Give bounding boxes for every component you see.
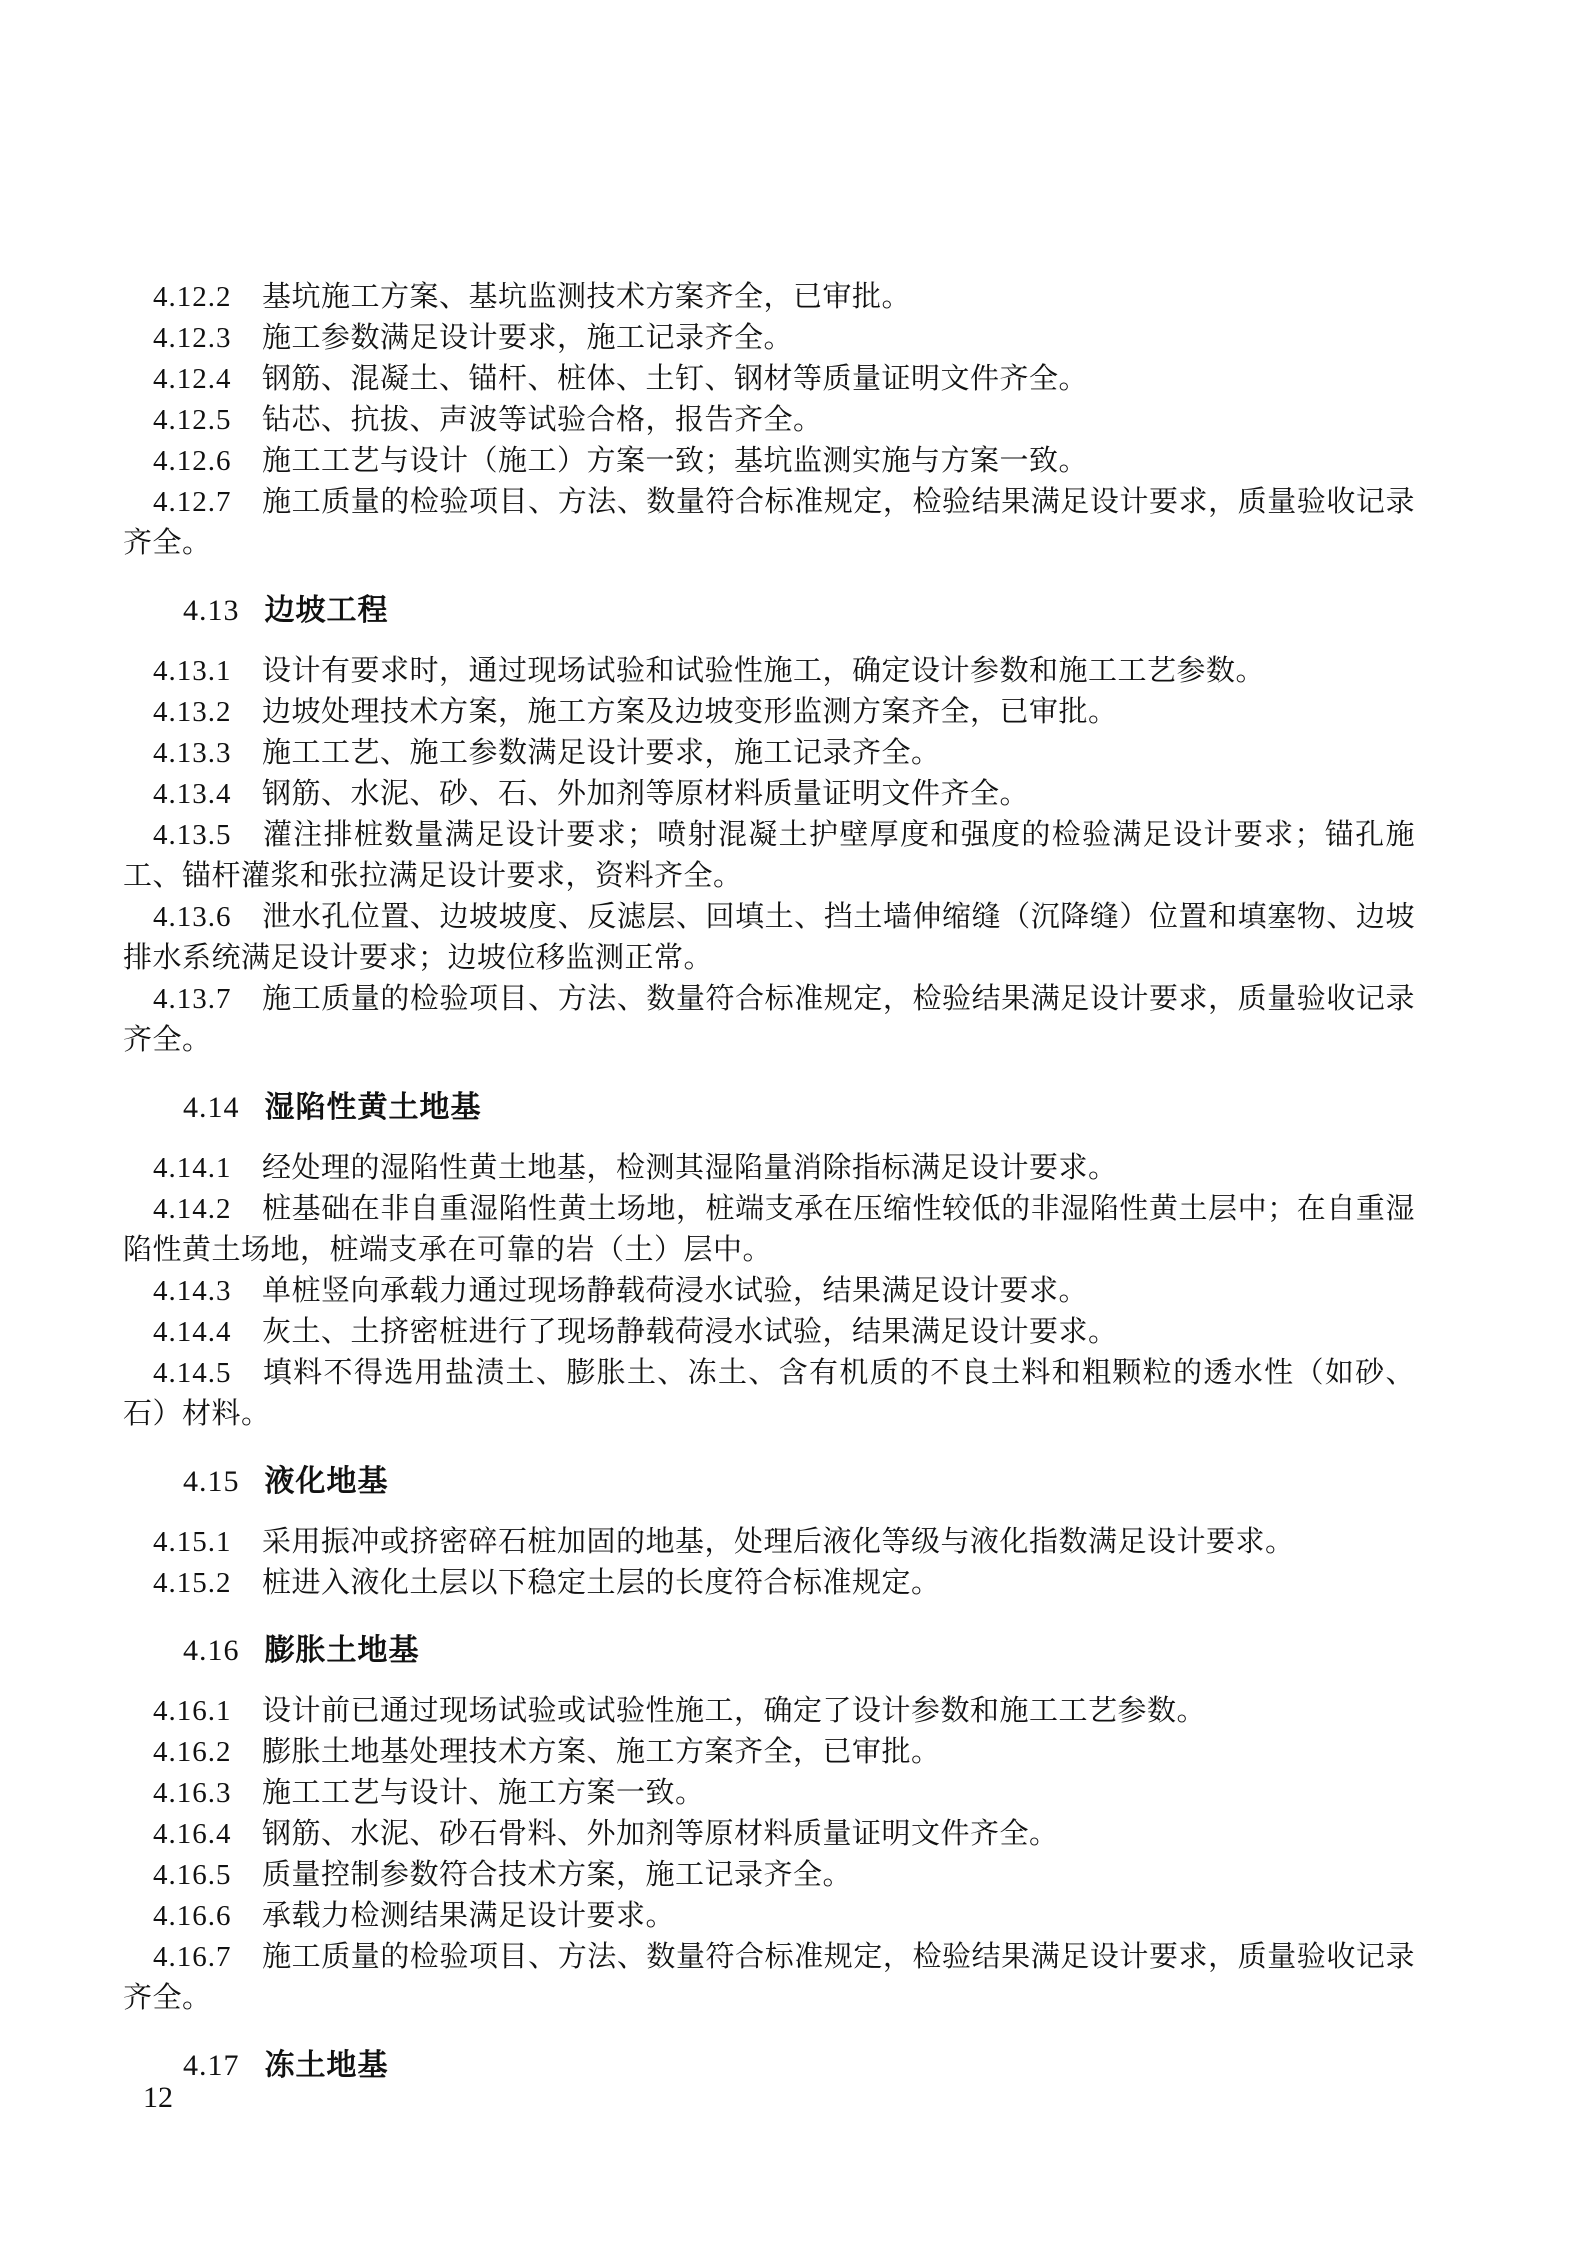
section-4-13: 4.13边坡工程 4.13.1设计有要求时，通过现场试验和试验性施工，确定设计参… (123, 590, 1415, 1061)
clause: 4.16.4钢筋、水泥、砂石骨料、外加剂等原材料质量证明文件齐全。 (123, 1814, 1415, 1855)
clause: 4.16.6承载力检测结果满足设计要求。 (123, 1896, 1415, 1937)
clause: 4.12.2基坑施工方案、基坑监测技术方案齐全，已审批。 (123, 277, 1415, 318)
clause-text: 灌注排桩数量满足设计要求；喷射混凝土护壁厚度和强度的检验满足设计要求；锚孔施工、… (123, 819, 1415, 892)
clause-number: 4.12.6 (153, 441, 234, 482)
clause: 4.14.2桩基础在非自重湿陷性黄土场地，桩端支承在压缩性较低的非湿陷性黄土层中… (123, 1189, 1415, 1271)
clause: 4.14.4灰土、土挤密桩进行了现场静载荷浸水试验，结果满足设计要求。 (123, 1312, 1415, 1353)
clause-number: 4.12.2 (153, 277, 234, 318)
section-title: 膨胀土地基 (265, 1634, 420, 1667)
clause-number: 4.15.2 (153, 1563, 234, 1604)
clause-text: 施工工艺、施工参数满足设计要求，施工记录齐全。 (262, 737, 941, 769)
clause: 4.12.7施工质量的检验项目、方法、数量符合标准规定，检验结果满足设计要求，质… (123, 482, 1415, 564)
section-4-12: 4.12.2基坑施工方案、基坑监测技术方案齐全，已审批。 4.12.3施工参数满… (123, 277, 1415, 564)
clause-number: 4.12.3 (153, 318, 234, 359)
clause-text: 钻芯、抗拔、声波等试验合格，报告齐全。 (262, 404, 823, 436)
clause: 4.14.3单桩竖向承载力通过现场静载荷浸水试验，结果满足设计要求。 (123, 1271, 1415, 1312)
clause-number: 4.14.2 (153, 1189, 234, 1230)
clause-number: 4.16.4 (153, 1814, 234, 1855)
clause-number: 4.14.4 (153, 1312, 234, 1353)
clause-number: 4.16.1 (153, 1691, 234, 1732)
section-heading: 4.14湿陷性黄土地基 (123, 1087, 1415, 1128)
clause: 4.14.1经处理的湿陷性黄土地基，检测其湿陷量消除指标满足设计要求。 (123, 1148, 1415, 1189)
document-body: 4.12.2基坑施工方案、基坑监测技术方案齐全，已审批。 4.12.3施工参数满… (123, 277, 1415, 2106)
clause-number: 4.13.7 (153, 979, 234, 1020)
clause-number: 4.13.4 (153, 774, 234, 815)
clause: 4.15.1采用振冲或挤密碎石桩加固的地基，处理后液化等级与液化指数满足设计要求… (123, 1522, 1415, 1563)
clause-text: 膨胀土地基处理技术方案、施工方案齐全，已审批。 (262, 1736, 941, 1768)
section-heading: 4.15液化地基 (123, 1461, 1415, 1502)
section-number: 4.16 (153, 1630, 240, 1671)
clause-number: 4.13.1 (153, 651, 234, 692)
clause: 4.16.5质量控制参数符合技术方案，施工记录齐全。 (123, 1855, 1415, 1896)
clause: 4.13.6泄水孔位置、边坡坡度、反滤层、回填土、挡土墙伸缩缝（沉降缝）位置和填… (123, 897, 1415, 979)
clause-text: 单桩竖向承载力通过现场静载荷浸水试验，结果满足设计要求。 (262, 1275, 1088, 1307)
clause: 4.13.1设计有要求时，通过现场试验和试验性施工，确定设计参数和施工工艺参数。 (123, 651, 1415, 692)
clause-text: 施工工艺与设计（施工）方案一致；基坑监测实施与方案一致。 (262, 445, 1088, 477)
clause-number: 4.14.1 (153, 1148, 234, 1189)
clause-text: 桩基础在非自重湿陷性黄土场地，桩端支承在压缩性较低的非湿陷性黄土层中；在自重湿陷… (123, 1193, 1415, 1266)
section-heading: 4.16膨胀土地基 (123, 1630, 1415, 1671)
clause: 4.12.3施工参数满足设计要求，施工记录齐全。 (123, 318, 1415, 359)
clause-number: 4.13.2 (153, 692, 234, 733)
clause-number: 4.12.7 (153, 482, 234, 523)
clause: 4.16.3施工工艺与设计、施工方案一致。 (123, 1773, 1415, 1814)
clause-number: 4.14.5 (153, 1353, 234, 1394)
clause-text: 泄水孔位置、边坡坡度、反滤层、回填土、挡土墙伸缩缝（沉降缝）位置和填塞物、边坡排… (123, 901, 1415, 974)
clause: 4.13.5灌注排桩数量满足设计要求；喷射混凝土护壁厚度和强度的检验满足设计要求… (123, 815, 1415, 897)
section-title: 边坡工程 (265, 594, 389, 627)
clause: 4.16.2膨胀土地基处理技术方案、施工方案齐全，已审批。 (123, 1732, 1415, 1773)
section-number: 4.13 (153, 590, 240, 631)
section-4-14: 4.14湿陷性黄土地基 4.14.1经处理的湿陷性黄土地基，检测其湿陷量消除指标… (123, 1087, 1415, 1435)
section-title: 湿陷性黄土地基 (265, 1091, 482, 1124)
clause-number: 4.13.6 (153, 897, 234, 938)
clause: 4.12.4钢筋、混凝土、锚杆、桩体、土钉、钢材等质量证明文件齐全。 (123, 359, 1415, 400)
section-4-16: 4.16膨胀土地基 4.16.1设计前已通过现场试验或试验性施工，确定了设计参数… (123, 1630, 1415, 2019)
section-title: 冻土地基 (265, 2049, 389, 2082)
clause: 4.15.2桩进入液化土层以下稳定土层的长度符合标准规定。 (123, 1563, 1415, 1604)
clause-text: 承载力检测结果满足设计要求。 (262, 1900, 675, 1932)
clause-text: 钢筋、水泥、砂石骨料、外加剂等原材料质量证明文件齐全。 (262, 1818, 1059, 1850)
clause-text: 施工参数满足设计要求，施工记录齐全。 (262, 322, 793, 354)
clause-text: 基坑施工方案、基坑监测技术方案齐全，已审批。 (262, 281, 911, 313)
clause-text: 桩进入液化土层以下稳定土层的长度符合标准规定。 (262, 1567, 941, 1599)
section-number: 4.17 (153, 2045, 240, 2086)
clause-text: 施工质量的检验项目、方法、数量符合标准规定，检验结果满足设计要求，质量验收记录齐… (123, 983, 1415, 1056)
section-4-15: 4.15液化地基 4.15.1采用振冲或挤密碎石桩加固的地基，处理后液化等级与液… (123, 1461, 1415, 1604)
clause-text: 采用振冲或挤密碎石桩加固的地基，处理后液化等级与液化指数满足设计要求。 (262, 1526, 1295, 1558)
clause: 4.12.6施工工艺与设计（施工）方案一致；基坑监测实施与方案一致。 (123, 441, 1415, 482)
clause: 4.12.5钻芯、抗拔、声波等试验合格，报告齐全。 (123, 400, 1415, 441)
clause-number: 4.15.1 (153, 1522, 234, 1563)
clause: 4.13.7施工质量的检验项目、方法、数量符合标准规定，检验结果满足设计要求，质… (123, 979, 1415, 1061)
section-number: 4.14 (153, 1087, 240, 1128)
clause-text: 施工质量的检验项目、方法、数量符合标准规定，检验结果满足设计要求，质量验收记录齐… (123, 486, 1415, 559)
clause-number: 4.13.5 (153, 815, 234, 856)
clause-text: 边坡处理技术方案，施工方案及边坡变形监测方案齐全，已审批。 (262, 696, 1118, 728)
clause-number: 4.12.5 (153, 400, 234, 441)
clause-text: 施工工艺与设计、施工方案一致。 (262, 1777, 705, 1809)
section-title: 液化地基 (265, 1465, 389, 1498)
section-heading: 4.17冻土地基 (123, 2045, 1415, 2086)
clause: 4.13.2边坡处理技术方案，施工方案及边坡变形监测方案齐全，已审批。 (123, 692, 1415, 733)
clause-text: 钢筋、水泥、砂、石、外加剂等原材料质量证明文件齐全。 (262, 778, 1029, 810)
clause-text: 设计前已通过现场试验或试验性施工，确定了设计参数和施工工艺参数。 (262, 1695, 1206, 1727)
clause: 4.13.4钢筋、水泥、砂、石、外加剂等原材料质量证明文件齐全。 (123, 774, 1415, 815)
section-4-17: 4.17冻土地基 (123, 2045, 1415, 2086)
clause-number: 4.16.2 (153, 1732, 234, 1773)
clause-number: 4.16.3 (153, 1773, 234, 1814)
clause-text: 填料不得选用盐渍土、膨胀土、冻土、含有机质的不良土料和粗颗粒的透水性（如砂、石）… (123, 1357, 1415, 1430)
clause: 4.13.3施工工艺、施工参数满足设计要求，施工记录齐全。 (123, 733, 1415, 774)
page-number: 12 (143, 2081, 173, 2115)
clause: 4.16.7施工质量的检验项目、方法、数量符合标准规定，检验结果满足设计要求，质… (123, 1937, 1415, 2019)
section-heading: 4.13边坡工程 (123, 590, 1415, 631)
section-number: 4.15 (153, 1461, 240, 1502)
clause-text: 灰土、土挤密桩进行了现场静载荷浸水试验，结果满足设计要求。 (262, 1316, 1118, 1348)
clause-number: 4.16.5 (153, 1855, 234, 1896)
clause-number: 4.14.3 (153, 1271, 234, 1312)
clause-number: 4.13.3 (153, 733, 234, 774)
clause: 4.14.5填料不得选用盐渍土、膨胀土、冻土、含有机质的不良土料和粗颗粒的透水性… (123, 1353, 1415, 1435)
clause-text: 施工质量的检验项目、方法、数量符合标准规定，检验结果满足设计要求，质量验收记录齐… (123, 1941, 1415, 2014)
clause: 4.16.1设计前已通过现场试验或试验性施工，确定了设计参数和施工工艺参数。 (123, 1691, 1415, 1732)
clause-text: 钢筋、混凝土、锚杆、桩体、土钉、钢材等质量证明文件齐全。 (262, 363, 1088, 395)
clause-text: 设计有要求时，通过现场试验和试验性施工，确定设计参数和施工工艺参数。 (262, 655, 1265, 687)
clause-number: 4.12.4 (153, 359, 234, 400)
clause-number: 4.16.7 (153, 1937, 234, 1978)
document-page: 4.12.2基坑施工方案、基坑监测技术方案齐全，已审批。 4.12.3施工参数满… (0, 0, 1587, 2245)
clause-number: 4.16.6 (153, 1896, 234, 1937)
clause-text: 质量控制参数符合技术方案，施工记录齐全。 (262, 1859, 852, 1891)
clause-text: 经处理的湿陷性黄土地基，检测其湿陷量消除指标满足设计要求。 (262, 1152, 1118, 1184)
